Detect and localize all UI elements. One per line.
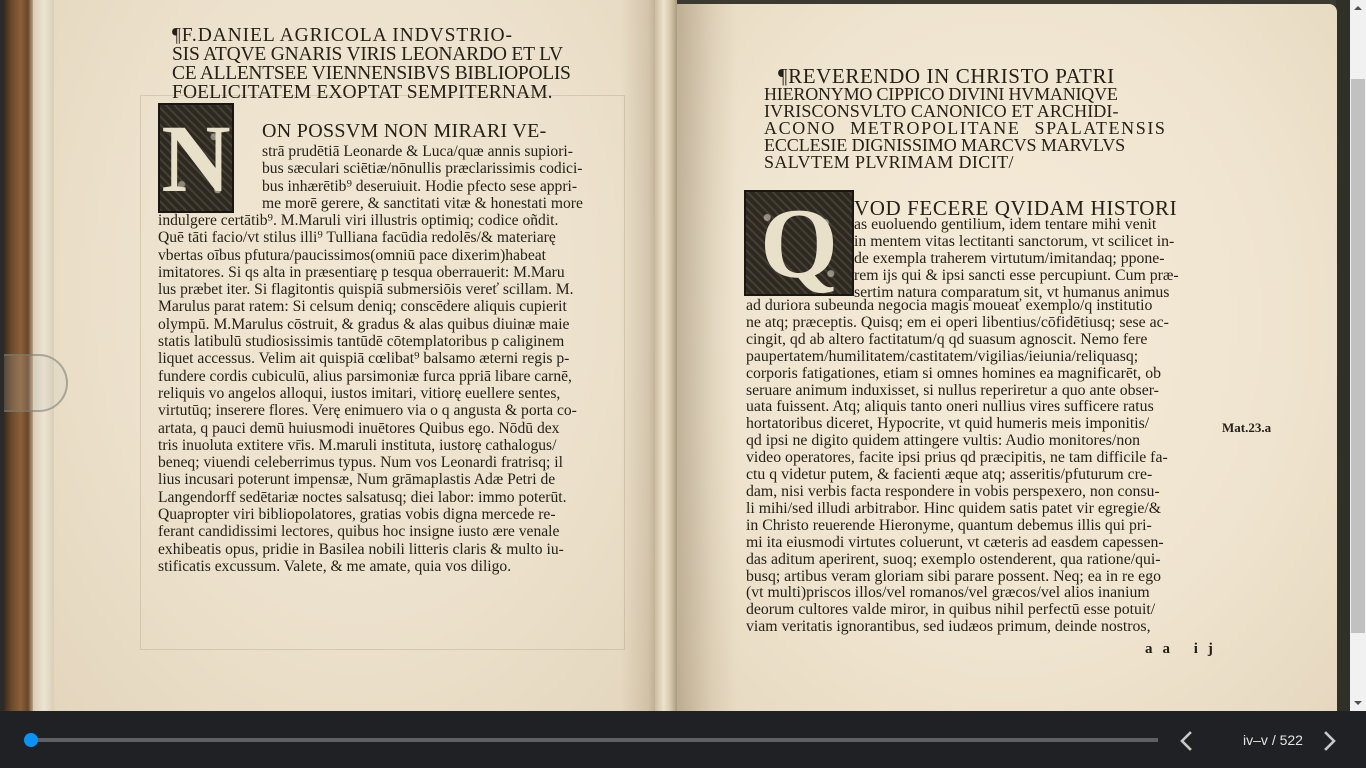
text-line: cingit, qd ab altero factitatum/q qd sua… (746, 332, 1169, 349)
heading-line: SIS ATQVE GNARIS VIRIS LEONARDO ET LV (172, 45, 571, 64)
text-line: uata fuissent. Atq; aliquis tanto oneri … (746, 399, 1169, 416)
text-line: viam veritatis ignorantibus, sed iudæos … (746, 619, 1169, 636)
right-page-heading: ¶REVERENDO IN CHRISTO PATRI HIERONYMO CI… (764, 67, 1167, 171)
text-line: deorum cultores valde miror, in quibus n… (746, 602, 1169, 619)
book-gutter (655, 0, 677, 711)
text-line: dam, nisi verbis facta respondere in vob… (746, 484, 1169, 501)
left-indented-text: strā prudētiā Leonarde & Luca/quæ annis … (262, 143, 583, 212)
text-line: artata, q pauci demū huiusmodi inuētores… (158, 420, 577, 437)
text-line: imitatores. Si qs alta in præsentiarę p … (158, 264, 577, 281)
initial-letter: N (160, 105, 232, 211)
text-line: beneq; viuendi celeberrimus typus. Num v… (158, 454, 577, 471)
text-line: lus præbet iter. Si flagitontis quispiā … (158, 281, 577, 298)
text-line: Quē tāti facio/vt stilus illi⁹ Tulliana … (158, 229, 577, 246)
vertical-scrollbar[interactable] (1350, 0, 1366, 711)
text-line: in Christo reuerende Hieronyme, quantum … (746, 518, 1169, 535)
text-line: das aditum aperirent, suoq; exemplo oste… (746, 552, 1169, 569)
text-line: vbertas oībus pfutura/paucissimos(omniū … (158, 247, 577, 264)
left-page-heading: ¶F.DANIEL AGRICOLA INDVSTRIO- SIS ATQVE … (172, 26, 571, 102)
text-line: tris inuoluta extitere vr̄is. M.maruli i… (158, 437, 577, 454)
text-line: seruare animum induxisset, si nullus rep… (746, 383, 1169, 400)
slider-track[interactable] (28, 738, 1158, 742)
text-line: Marulus parat ratem: Si celsum deniq; co… (158, 298, 577, 315)
text-line: busq; artibus veram gloriam sibi parare … (746, 569, 1169, 586)
text-line: exhibeatis opus, pridie in Basilea nobil… (158, 541, 577, 558)
marginal-note: Mat.23.a (1222, 420, 1271, 436)
text-line: hortatoribus diceret, Hypocrite, vt quid… (746, 416, 1169, 433)
text-line: indulgere certātib⁹. M.Maruli viri illus… (158, 212, 577, 229)
right-page[interactable]: ¶REVERENDO IN CHRISTO PATRI HIERONYMO CI… (677, 4, 1337, 711)
text-line: fundere cordis cubiculū, alius parsimoni… (158, 368, 577, 385)
left-first-line: ON POSSVM NON MIRARI VE- (262, 120, 547, 142)
triangle-down-icon (1354, 701, 1362, 705)
signature-mark: aa ij (1145, 641, 1223, 658)
text-line: me morē gerere, & sanctitati vitæ & hone… (262, 195, 583, 212)
slider-thumb[interactable] (24, 733, 38, 747)
page-indicator: iv–v / 522 (1228, 730, 1318, 750)
book-viewer[interactable]: ¶F.DANIEL AGRICOLA INDVSTRIO- SIS ATQVE … (0, 0, 1350, 711)
page-slider[interactable] (24, 733, 1160, 747)
text-line: reliquis vo angelos alloqui, iustos imit… (158, 385, 577, 402)
decorated-initial-q: Q (744, 190, 854, 296)
text-line: corporis fatigationes, etiam si omnes ho… (746, 366, 1169, 383)
decorated-initial-n: N (158, 103, 234, 213)
text-line: ne atq; præceptis. Quisq; em ei operi li… (746, 315, 1169, 332)
left-page[interactable]: ¶F.DANIEL AGRICOLA INDVSTRIO- SIS ATQVE … (54, 0, 660, 711)
text-line: ferant candidissimi lectores, quibus hoc… (158, 523, 577, 540)
text-line: rem ijs qui & ipsi sancti esse percupiun… (854, 268, 1179, 285)
text-line: bus inhærētib⁹ deseruiuit. Hodie pfecto … (262, 178, 583, 195)
scrollbar-thumb[interactable] (1351, 79, 1365, 633)
initial-letter: Q (746, 192, 852, 294)
chevron-left-icon (1179, 731, 1193, 751)
bottom-toolbar: iv–v / 522 (0, 711, 1366, 768)
text-line: in mentem vitas lectitanti sanctorum, vt… (854, 234, 1179, 251)
text-line: ctu q videtur putem, & facienti æque atq… (746, 467, 1169, 484)
next-page-button[interactable] (1318, 729, 1342, 753)
heading-line: CE ALLENTSEE VIENNENSIBVS BIBLIOPOLIS (172, 64, 571, 83)
text-line: li mihi/sed illudi arbitrabor. Hinc quid… (746, 501, 1169, 518)
text-line: Quapropter viri bibliopolatores, gratias… (158, 506, 577, 523)
right-body-text: ad duriora subeunda negocia magis moueať… (746, 298, 1169, 636)
page-turn-tab[interactable] (4, 354, 68, 412)
text-line: as euoluendo gentilium, idem tentare mih… (854, 217, 1179, 234)
text-line: stificatis excussum. Valete, & me amate,… (158, 558, 577, 575)
left-body-text: indulgere certātib⁹. M.Maruli viri illus… (158, 212, 577, 575)
text-line: video operatores, facite ipsi prius qd p… (746, 450, 1169, 467)
text-line: strā prudētiā Leonarde & Luca/quæ annis … (262, 143, 583, 160)
heading-line: SALVTEM PLVRIMAM DICIT/ (764, 154, 1167, 171)
text-line: virtutūq; inserere flores. Verę enimuero… (158, 402, 577, 419)
text-line: (vt multi)priscos illos/vel romanos/vel … (746, 585, 1169, 602)
right-indented-text: as euoluendo gentilium, idem tentare mih… (854, 217, 1179, 302)
triangle-up-icon (1354, 6, 1362, 10)
heading-line: ¶F.DANIEL AGRICOLA INDVSTRIO- (172, 26, 571, 45)
text-line: bus sæculari sciētiæ/nōnullis præclariss… (262, 160, 583, 177)
scroll-up-button[interactable] (1350, 0, 1366, 16)
text-line: liquet accessus. Velim ait quispiā cœlib… (158, 350, 577, 367)
text-line: Langendorff sedētariæ noctes salsatusq; … (158, 489, 577, 506)
book-cover-right-edge (1336, 0, 1350, 711)
text-line: lius incusari poterunt impensæ, Num grām… (158, 471, 577, 488)
chevron-right-icon (1323, 731, 1337, 751)
scroll-down-button[interactable] (1350, 695, 1366, 711)
text-line: qd ipsi ne digito quidem attingere vulti… (746, 433, 1169, 450)
text-line: de exempla traherem virtutum/imitandaq; … (854, 251, 1179, 268)
text-line: olympū. M.Marulus cōstruit, & gradus & a… (158, 316, 577, 333)
text-line: statis latibulū studiosissimis tantūdē c… (158, 333, 577, 350)
heading-line: FOELICITATEM EXOPTAT SEMPITERNAM. (172, 83, 571, 102)
text-line: mi ita eiusmodi virtutes coluerunt, vt c… (746, 535, 1169, 552)
text-line: paupertatem/humilitatem/castitatem/vigil… (746, 349, 1169, 366)
text-line: ad duriora subeunda negocia magis moueať… (746, 298, 1169, 315)
previous-page-button[interactable] (1174, 729, 1198, 753)
